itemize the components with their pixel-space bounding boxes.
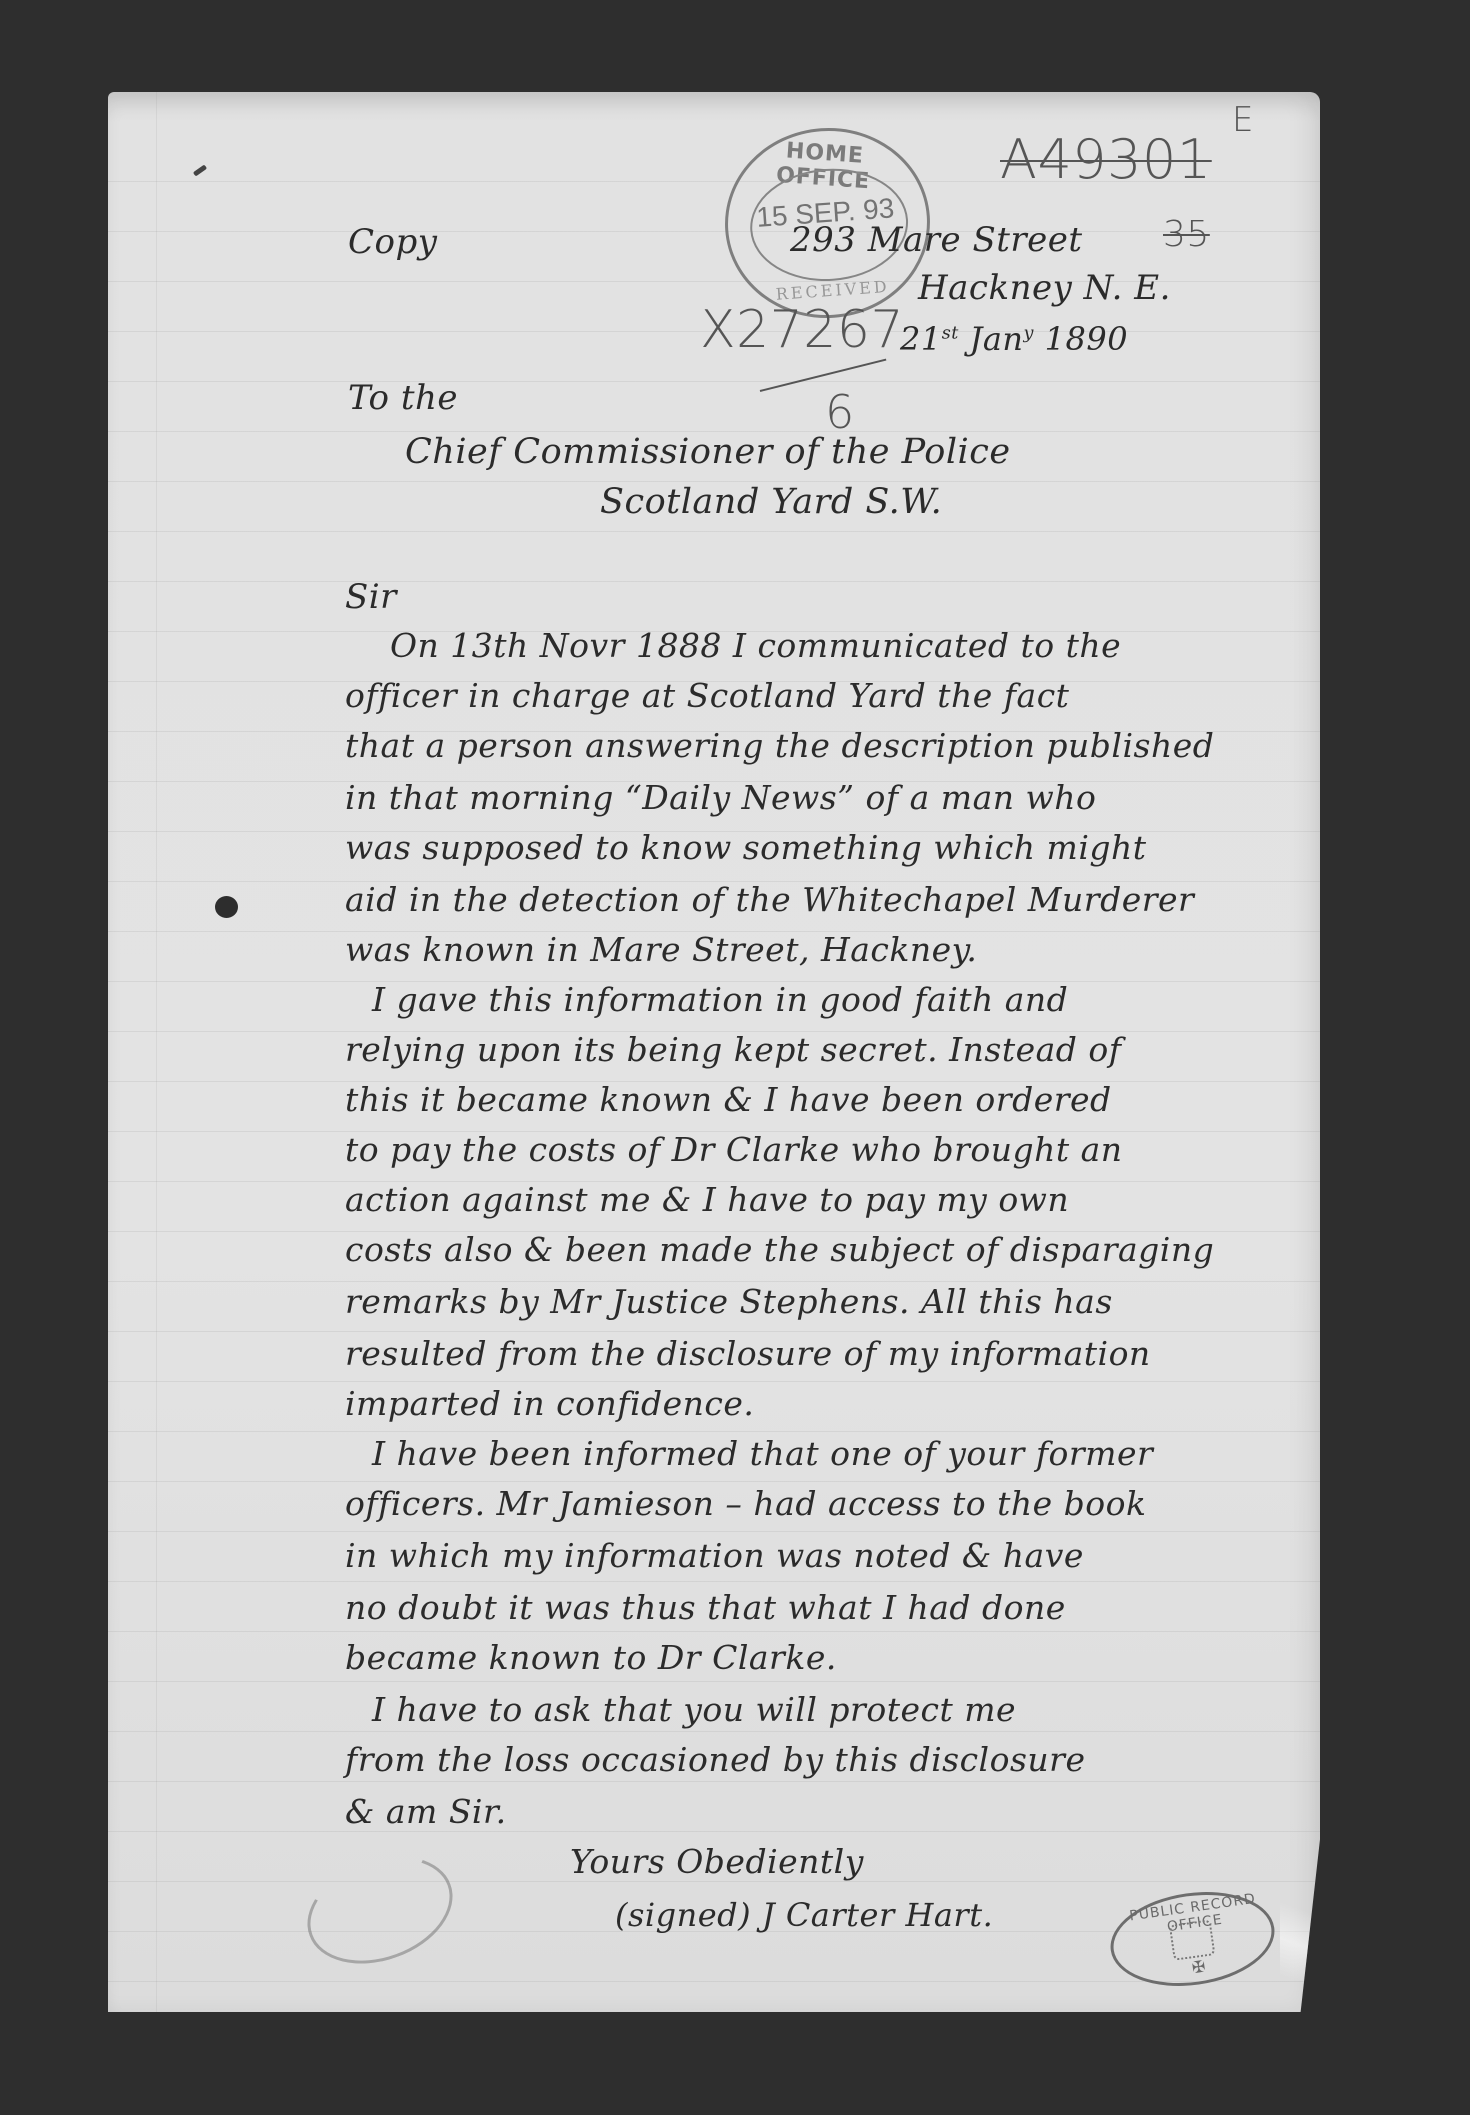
date-month-suffix: y xyxy=(1024,323,1034,343)
body-line: was supposed to know something which mig… xyxy=(345,828,1147,867)
ruled-lines xyxy=(108,132,1320,2012)
body-line: costs also & been made the subject of di… xyxy=(345,1230,1214,1269)
signature: (signed) J Carter Hart. xyxy=(615,1896,993,1934)
body-line: imparted in confidence. xyxy=(345,1384,754,1423)
date-day-suffix: st xyxy=(942,323,959,343)
greeting: Sir xyxy=(345,577,397,617)
body-line: from the loss occasioned by this disclos… xyxy=(345,1740,1085,1779)
date-year: 1890 xyxy=(1045,320,1128,358)
cross-icon: ✠ xyxy=(1191,1957,1207,1978)
body-line: I have been informed that one of your fo… xyxy=(372,1434,1153,1473)
body-line: resulted from the disclosure of my infor… xyxy=(345,1334,1151,1373)
archive-ref-suffix: E xyxy=(1232,100,1254,140)
punch-hole xyxy=(215,896,238,918)
body-line: no doubt it was thus that what I had don… xyxy=(345,1588,1066,1627)
struck-street-number: 35 xyxy=(1163,214,1210,255)
body-line: that a person answering the description … xyxy=(345,726,1214,765)
body-line: in which my information was noted & have xyxy=(345,1536,1084,1575)
body-line: aid in the detection of the Whitechapel … xyxy=(345,880,1194,919)
struck-archive-ref: A49301 xyxy=(1000,128,1212,191)
folded-corner xyxy=(1280,1842,1320,2012)
body-line: I gave this information in good faith an… xyxy=(372,980,1068,1019)
body-line: became known to Dr Clarke. xyxy=(345,1638,837,1677)
body-line: in that morning “Daily News” of a man wh… xyxy=(345,778,1096,817)
body-line: On 13th Novr 1888 I communicated to the xyxy=(390,626,1121,665)
recipient-line-2: Scotland Yard S.W. xyxy=(600,482,942,522)
body-line: to pay the costs of Dr Clarke who brough… xyxy=(345,1130,1123,1169)
address-line-1: 293 Mare Street xyxy=(790,220,1083,260)
crest-icon xyxy=(1169,1919,1216,1960)
body-line: officer in charge at Scotland Yard the f… xyxy=(345,676,1069,715)
file-sub-number: 6 xyxy=(825,385,855,439)
body-line: I have to ask that you will protect me xyxy=(372,1690,1016,1729)
body-line: remarks by Mr Justice Stephens. All this… xyxy=(345,1282,1113,1321)
recipient-to: To the xyxy=(348,378,458,418)
body-line: this it became known & I have been order… xyxy=(345,1080,1112,1119)
body-line: was known in Mare Street, Hackney. xyxy=(345,930,977,969)
recipient-line-1: Chief Commissioner of the Police xyxy=(405,432,1011,472)
file-number: X27267 xyxy=(700,300,904,360)
body-line: & am Sir. xyxy=(345,1792,507,1831)
body-line: relying upon its being kept secret. Inst… xyxy=(345,1030,1122,1069)
date-day: 21 xyxy=(900,320,942,358)
letter-date: 21st Jany 1890 xyxy=(900,320,1128,358)
address-line-2: Hackney N. E. xyxy=(918,268,1171,308)
closing: Yours Obediently xyxy=(570,1842,864,1881)
body-line: officers. Mr Jamieson – had access to th… xyxy=(345,1484,1147,1523)
body-line: action against me & I have to pay my own xyxy=(345,1180,1069,1219)
margin-line xyxy=(156,92,157,2012)
copy-label: Copy xyxy=(348,222,437,262)
date-month: Jan xyxy=(970,320,1024,358)
